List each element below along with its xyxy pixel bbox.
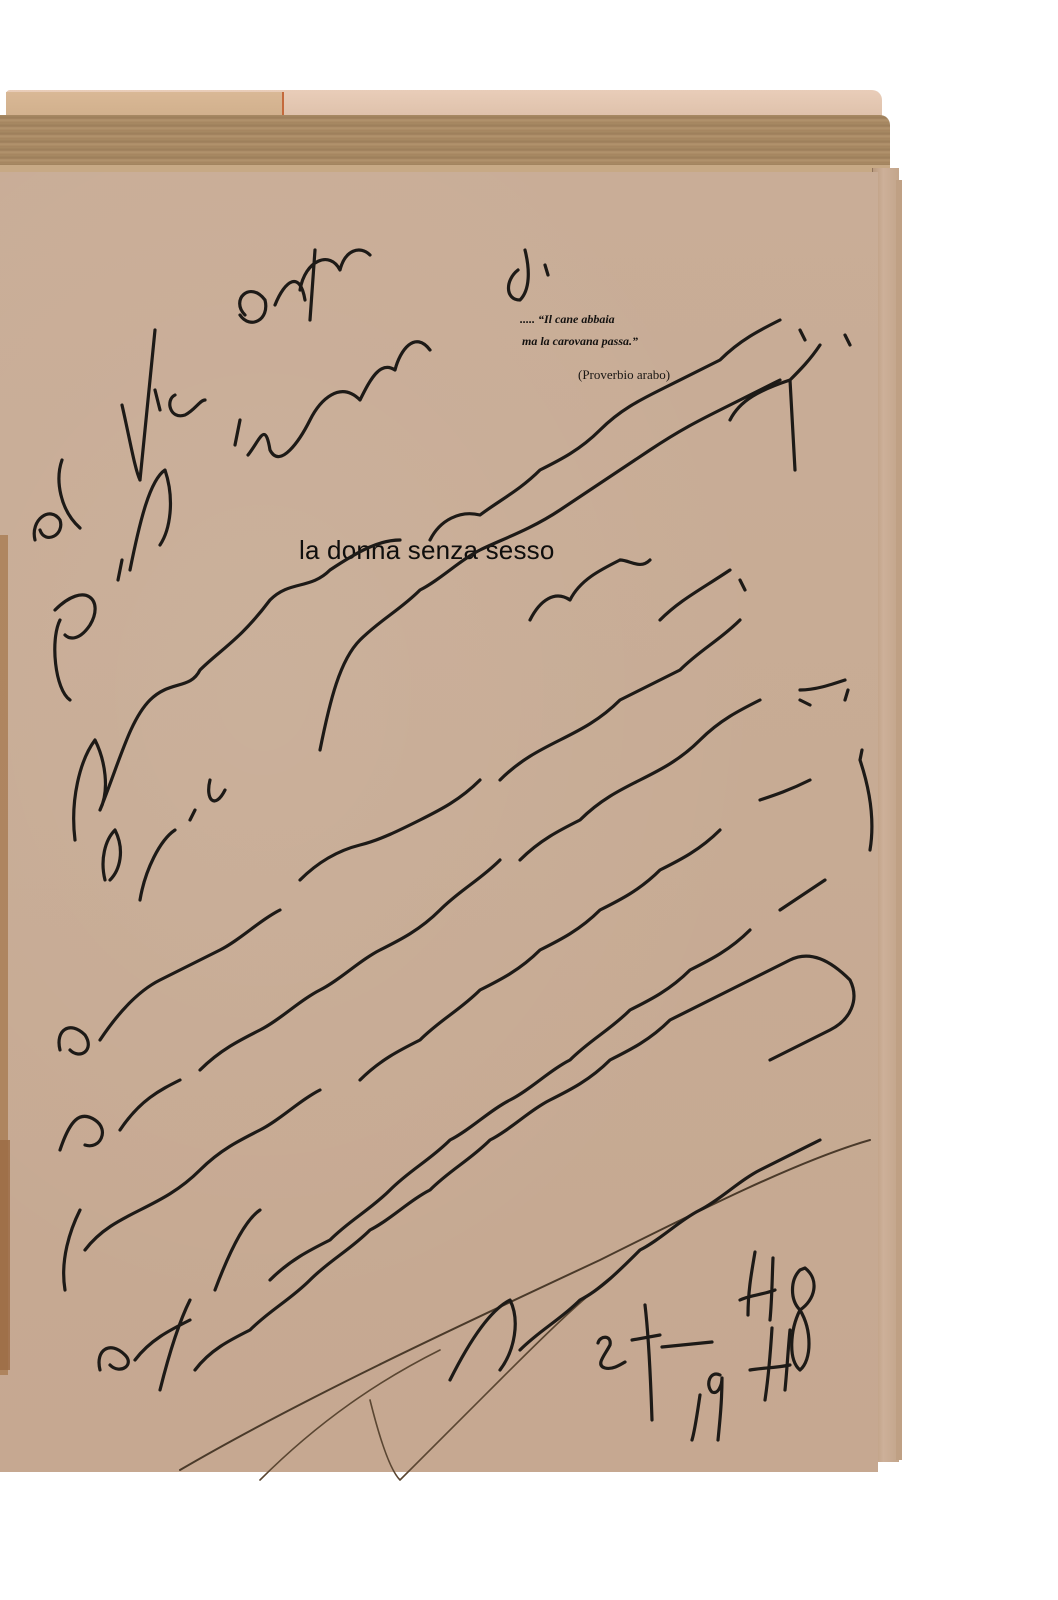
book-title: la donna senza sesso	[299, 535, 555, 566]
page-stain	[0, 1140, 10, 1370]
page-stack-right-outer	[896, 180, 902, 1460]
book-page	[0, 172, 878, 1472]
epigraph-line-1: ..... “Il cane abbaia	[520, 308, 760, 330]
epigraph-line-2: ma la carovana passa.”	[520, 330, 760, 352]
epigraph-source: (Proverbio arabo)	[578, 367, 670, 383]
epigraph: ..... “Il cane abbaia ma la carovana pas…	[520, 308, 760, 352]
